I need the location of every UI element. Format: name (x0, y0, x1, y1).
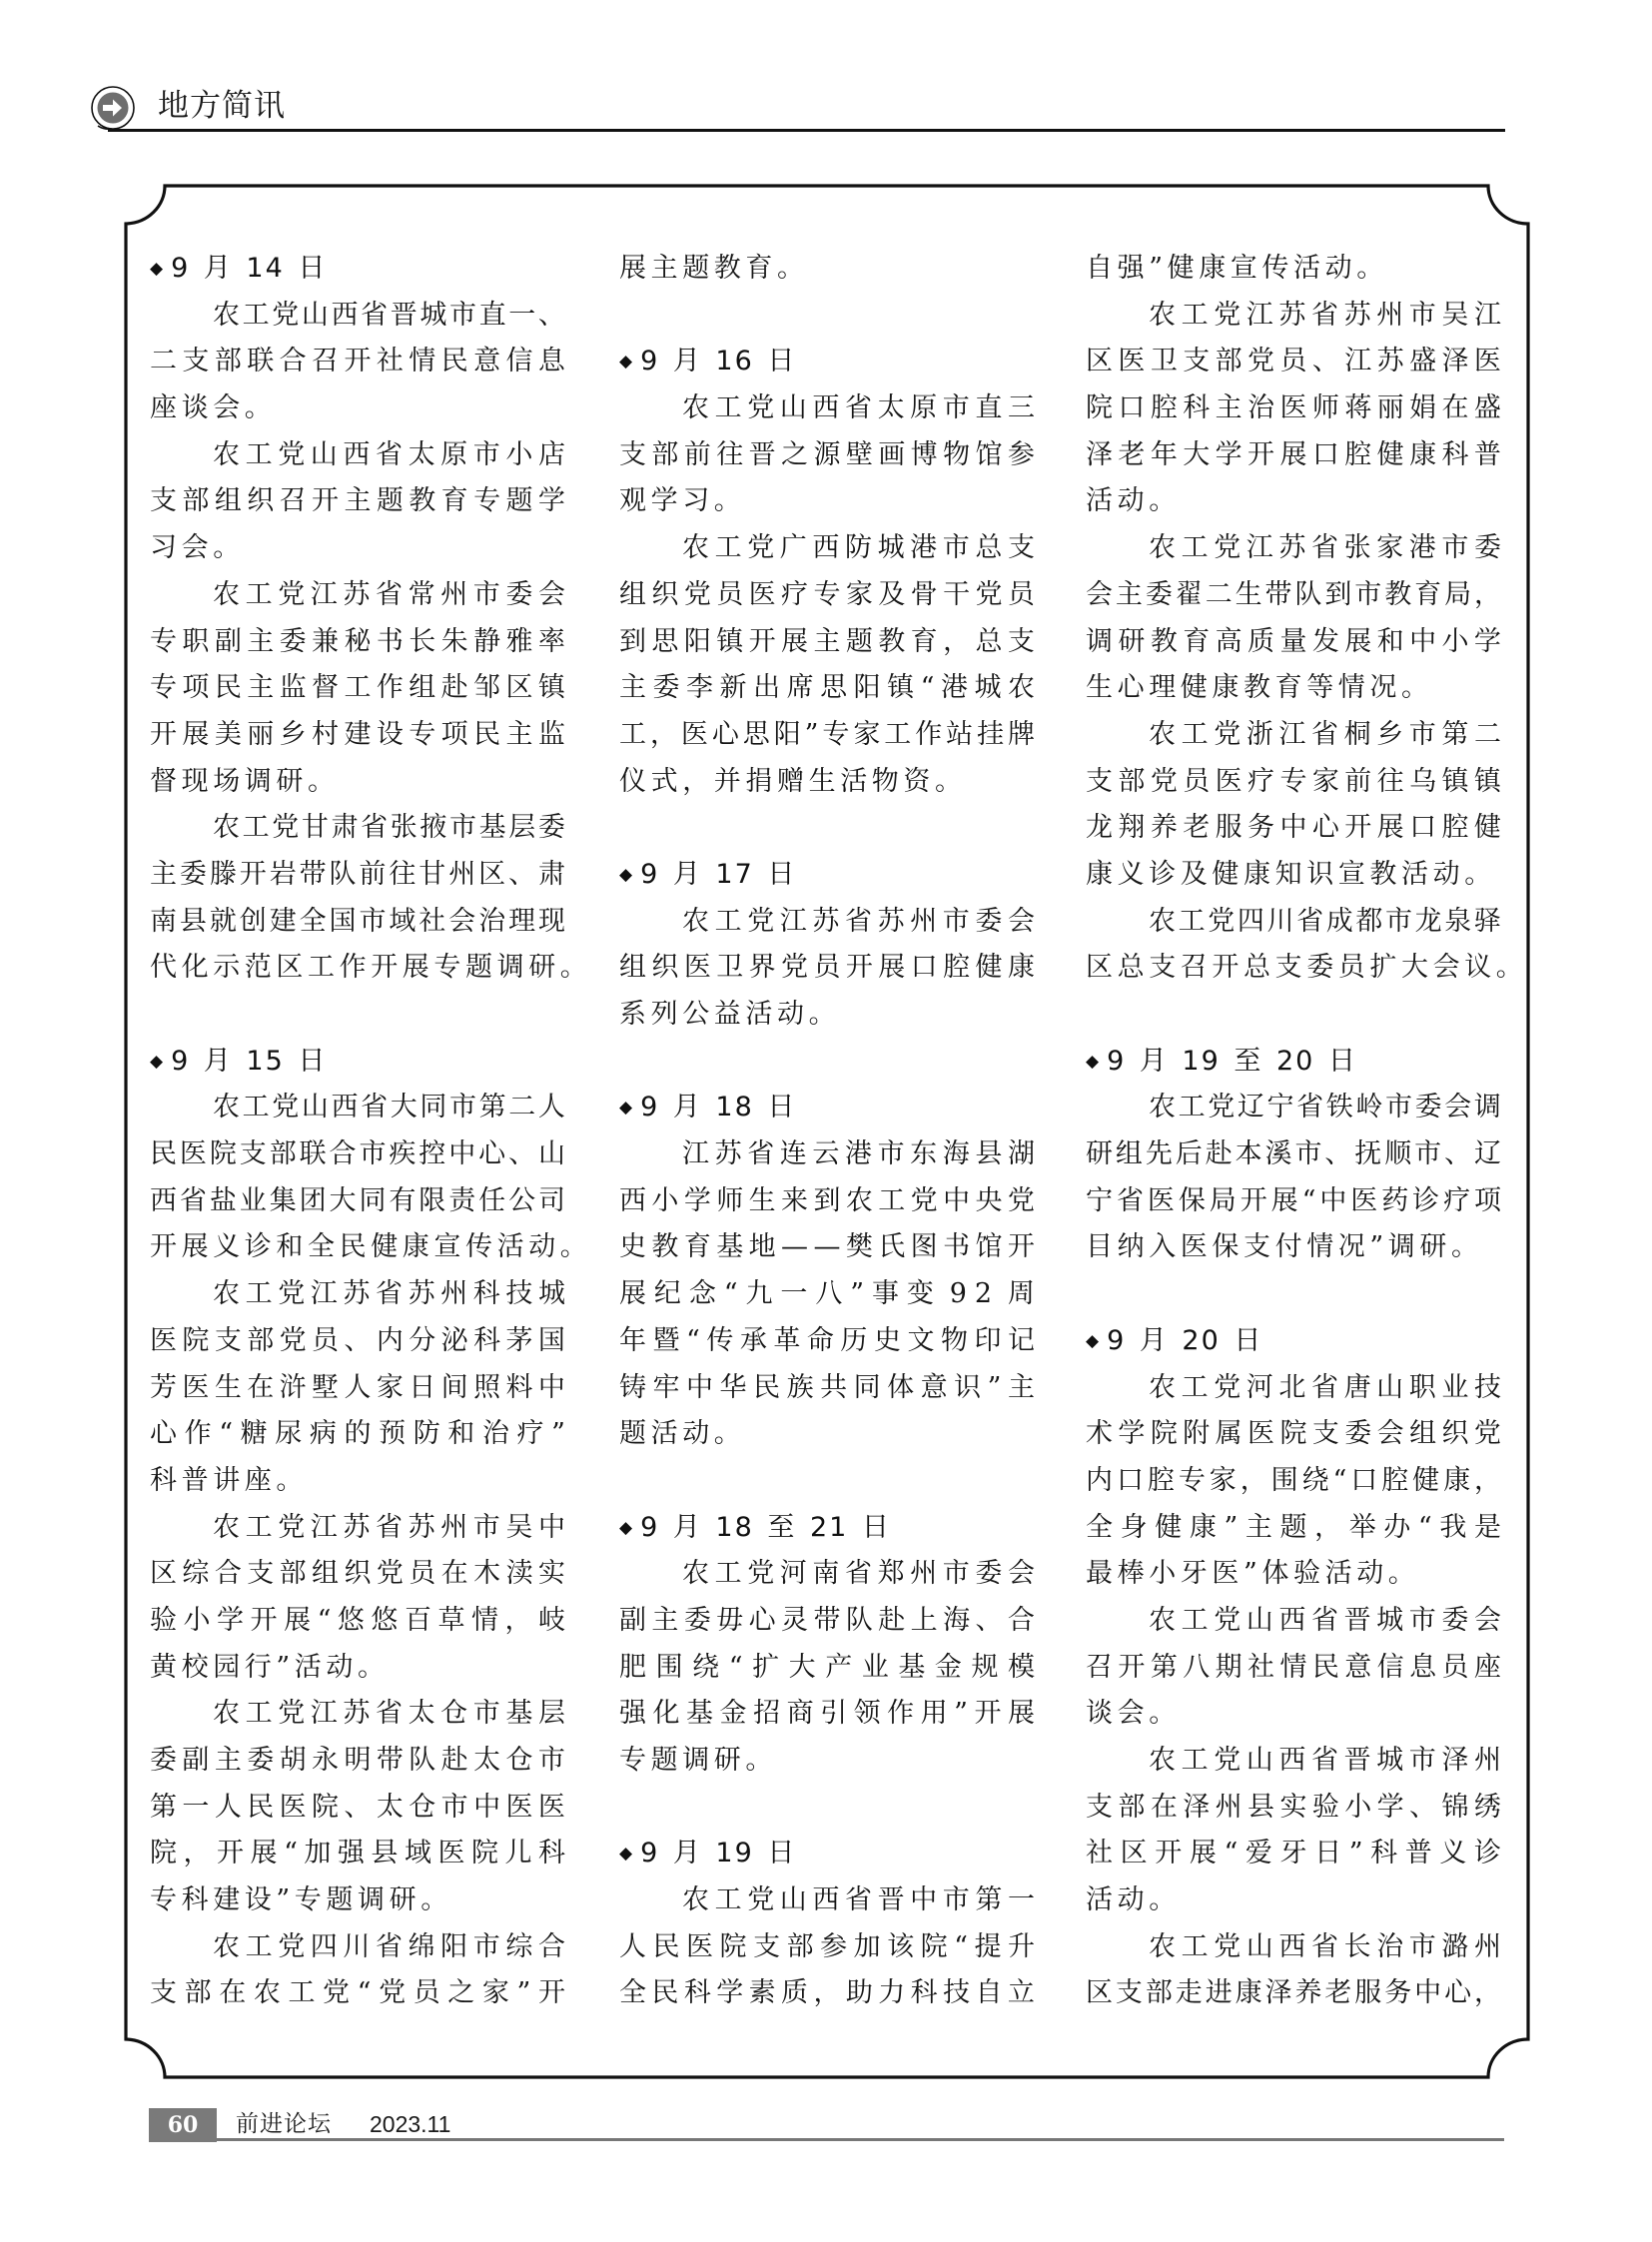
date-heading: ◆9 月 19 至 20 日 (1086, 1039, 1501, 1086)
diamond-bullet-icon: ◆ (619, 1098, 632, 1118)
text-line: 习会。 (150, 525, 565, 572)
text-line: 南县就创建全国市域社会治理现 (150, 899, 565, 946)
text-line: 农工党山西省晋城市委会 (1086, 1598, 1501, 1645)
diamond-bullet-icon: ◆ (619, 1518, 632, 1538)
text-line: 史教育基地——樊氏图书馆开 (619, 1224, 1035, 1271)
text-line: 宁省医保局开展“中医药诊疗项 (1086, 1178, 1501, 1225)
date-heading: ◆9 月 18 至 21 日 (619, 1505, 1035, 1552)
text-line: 农工党江苏省张家港市委 (1086, 525, 1501, 572)
text-line: 专题调研。 (619, 1738, 1035, 1785)
text-line: 民医院支部联合市疾控中心、山 (150, 1131, 565, 1178)
text-line: 区总支召开总支委员扩大会议。 (1086, 945, 1501, 992)
diamond-bullet-icon: ◆ (1086, 1052, 1099, 1072)
news-item: 江苏省连云港市东海县湖西小学师生来到农工党中央党史教育基地——樊氏图书馆开展纪念… (619, 1131, 1035, 1458)
text-line: 二支部联合召开社情民意信息 (150, 339, 565, 385)
news-item: 农工党江苏省苏州市吴江区医卫支部党员、江苏盛泽医院口腔科主治医师蒋丽娟在盛泽老年… (1086, 293, 1501, 525)
date-label: 9 月 16 日 (640, 346, 796, 376)
text-line: 肥围绕“扩大产业基金规模 (619, 1645, 1035, 1692)
text-line: 活动。 (1086, 478, 1501, 525)
diamond-bullet-icon: ◆ (1086, 1331, 1099, 1351)
section-title: 地方简讯 (158, 88, 286, 124)
magazine-name: 前进论坛 (236, 2109, 332, 2139)
section-spacer (619, 293, 1035, 340)
text-line: 仪式，并捐赠生活物资。 (619, 759, 1035, 806)
text-line: 专科建设”专题调研。 (150, 1877, 565, 1924)
text-line: 到思阳镇开展主题教育，总支 (619, 619, 1035, 666)
text-line: 内口腔专家，围绕“口腔健康， (1086, 1458, 1501, 1505)
news-item: 农工党广西防城港市总支组织党员医疗专家及骨干党员到思阳镇开展主题教育，总支主委李… (619, 525, 1035, 805)
footer-divider (217, 2138, 1504, 2141)
text-line: 农工党浙江省桐乡市第二 (1086, 712, 1501, 759)
date-heading: ◆9 月 18 日 (619, 1085, 1035, 1131)
news-item: 农工党山西省晋城市委会召开第八期社情民意信息员座谈会。 (1086, 1598, 1501, 1738)
text-line: 主委滕开岩带队前往甘州区、肃 (150, 852, 565, 899)
page-header: 地方简讯 (0, 0, 1652, 140)
text-line: 验小学开展“悠悠百草情，岐 (150, 1598, 565, 1645)
page-number: 60 (149, 2108, 217, 2142)
diamond-bullet-icon: ◆ (619, 865, 632, 885)
text-line: 农工党四川省成都市龙泉驿 (1086, 899, 1501, 946)
news-item: 农工党江苏省常州市委会专职副主委兼秘书长朱静雅率专项民主监督工作组赴邹区镇开展美… (150, 572, 565, 805)
section-spacer (619, 1039, 1035, 1086)
diamond-bullet-icon: ◆ (150, 259, 163, 279)
section-spacer (619, 1458, 1035, 1505)
text-line: 农工党江苏省常州市委会 (150, 572, 565, 619)
text-line: 督现场调研。 (150, 759, 565, 806)
news-item: 展主题教育。 (619, 246, 1035, 293)
text-line: 调研教育高质量发展和中小学 (1086, 619, 1501, 666)
news-item: 农工党河南省郑州市委会副主委毋心灵带队赴上海、合肥围绕“扩大产业基金规模强化基金… (619, 1551, 1035, 1784)
date-label: 9 月 19 至 20 日 (1107, 1046, 1357, 1077)
news-item: 农工党四川省成都市龙泉驿区总支召开总支委员扩大会议。 (1086, 899, 1501, 992)
text-line: 活动。 (1086, 1877, 1501, 1924)
date-heading: ◆9 月 17 日 (619, 852, 1035, 899)
section-spacer (619, 1785, 1035, 1832)
text-line: 系列公益活动。 (619, 992, 1035, 1039)
text-line: 召开第八期社情民意信息员座 (1086, 1645, 1501, 1692)
text-line: 龙翔养老服务中心开展口腔健 (1086, 805, 1501, 852)
news-item: 农工党辽宁省铁岭市委会调研组先后赴本溪市、抚顺市、辽宁省医保局开展“中医药诊疗项… (1086, 1085, 1501, 1271)
news-item: 农工党山西省晋中市第一人民医院支部参加该院“提升全民科学素质，助力科技自立 (619, 1877, 1035, 2017)
text-line: 支部在农工党“党员之家”开 (150, 1970, 565, 2017)
news-item: 农工党山西省太原市小店支部组织召开主题教育专题学习会。 (150, 432, 565, 572)
text-line: 西小学师生来到农工党中央党 (619, 1178, 1035, 1225)
text-line: 农工党甘肃省张掖市基层委 (150, 805, 565, 852)
column-3: 自强”健康宣传活动。农工党江苏省苏州市吴江区医卫支部党员、江苏盛泽医院口腔科主治… (1086, 246, 1501, 2017)
news-item: 农工党甘肃省张掖市基层委主委滕开岩带队前往甘州区、肃南县就创建全国市域社会治理现… (150, 805, 565, 992)
text-line: 农工党山西省长治市潞州 (1086, 1924, 1501, 1971)
text-line: 支部党员医疗专家前往乌镇镇 (1086, 759, 1501, 806)
text-line: 农工党河北省唐山职业技 (1086, 1365, 1501, 1412)
column-1: ◆9 月 14 日农工党山西省晋城市直一、二支部联合召开社情民意信息座谈会。农工… (150, 246, 565, 2017)
text-line: 主委李新出席思阳镇“港城农 (619, 665, 1035, 712)
section-spacer (1086, 992, 1501, 1039)
text-line: 年暨“传承革命历史文物印记 (619, 1318, 1035, 1365)
text-line: 院口腔科主治医师蒋丽娟在盛 (1086, 385, 1501, 432)
text-line: 全民科学素质，助力科技自立 (619, 1970, 1035, 2017)
news-item: 农工党山西省晋城市泽州支部在泽州县实验小学、锦绣社区开展“爱牙日”科普义诊活动。 (1086, 1738, 1501, 1924)
section-spacer (1086, 1271, 1501, 1318)
text-line: 西省盐业集团大同有限责任公司 (150, 1178, 565, 1225)
text-line: 农工党江苏省太仓市基层 (150, 1691, 565, 1738)
text-line: 芳医生在浒墅人家日间照料中 (150, 1365, 565, 1412)
text-line: 代化示范区工作开展专题调研。 (150, 945, 565, 992)
text-line: 江苏省连云港市东海县湖 (619, 1131, 1035, 1178)
text-line: 生心理健康教育等情况。 (1086, 665, 1501, 712)
text-line: 农工党江苏省苏州科技城 (150, 1271, 565, 1318)
date-heading: ◆9 月 15 日 (150, 1039, 565, 1086)
date-heading: ◆9 月 20 日 (1086, 1318, 1501, 1365)
text-line: 研组先后赴本溪市、抚顺市、辽 (1086, 1131, 1501, 1178)
text-line: 开展美丽乡村建设专项民主监 (150, 712, 565, 759)
header-divider (108, 129, 1505, 132)
text-line: 康义诊及健康知识宣教活动。 (1086, 852, 1501, 899)
news-item: 农工党江苏省苏州市委会组织医卫界党员开展口腔健康系列公益活动。 (619, 899, 1035, 1039)
text-line: 最棒小牙医”体验活动。 (1086, 1551, 1501, 1598)
text-line: 医院支部党员、内分泌科茅国 (150, 1318, 565, 1365)
column-2: 展主题教育。◆9 月 16 日农工党山西省太原市直三支部前往晋之源壁画博物馆参观… (619, 246, 1035, 2017)
text-line: 农工党河南省郑州市委会 (619, 1551, 1035, 1598)
text-line: 区综合支部组织党员在木渎实 (150, 1551, 565, 1598)
text-line: 农工党山西省晋城市直一、 (150, 293, 565, 340)
arrow-right-circle-icon (90, 85, 136, 131)
text-line: 院，开展“加强县域医院儿科 (150, 1831, 565, 1877)
text-line: 专项民主监督工作组赴邹区镇 (150, 665, 565, 712)
text-line: 强化基金招商引领作用”开展 (619, 1691, 1035, 1738)
text-line: 会主委翟二生带队到市教育局， (1086, 572, 1501, 619)
news-item: 农工党江苏省苏州科技城医院支部党员、内分泌科茅国芳医生在浒墅人家日间照料中心作“… (150, 1271, 565, 1504)
text-line: 组织党员医疗专家及骨干党员 (619, 572, 1035, 619)
text-line: 座谈会。 (150, 385, 565, 432)
news-item: 农工党四川省绵阳市综合支部在农工党“党员之家”开 (150, 1924, 565, 2017)
text-line: 组织医卫界党员开展口腔健康 (619, 945, 1035, 992)
text-line: 支部前往晋之源壁画博物馆参 (619, 432, 1035, 479)
text-line: 农工党江苏省苏州市委会 (619, 899, 1035, 946)
text-line: 心作“糖尿病的预防和治疗” (150, 1411, 565, 1458)
text-line: 目纳入医保支付情况”调研。 (1086, 1224, 1501, 1271)
section-spacer (619, 805, 1035, 852)
news-item: 农工党河北省唐山职业技术学院附属医院支委会组织党内口腔专家，围绕“口腔健康，全身… (1086, 1365, 1501, 1598)
date-label: 9 月 20 日 (1107, 1325, 1262, 1356)
text-line: 社区开展“爱牙日”科普义诊 (1086, 1831, 1501, 1877)
news-item: 农工党浙江省桐乡市第二支部党员医疗专家前往乌镇镇龙翔养老服务中心开展口腔健康义诊… (1086, 712, 1501, 899)
date-label: 9 月 17 日 (640, 859, 796, 890)
text-line: 区医卫支部党员、江苏盛泽医 (1086, 339, 1501, 385)
text-line: 支部组织召开主题教育专题学 (150, 478, 565, 525)
text-line: 农工党四川省绵阳市综合 (150, 1924, 565, 1971)
text-line: 农工党辽宁省铁岭市委会调 (1086, 1085, 1501, 1131)
text-line: 专职副主委兼秘书长朱静雅率 (150, 619, 565, 666)
diamond-bullet-icon: ◆ (619, 1844, 632, 1864)
news-item: 农工党山西省长治市潞州区支部走进康泽养老服务中心， (1086, 1924, 1501, 2017)
date-heading: ◆9 月 16 日 (619, 339, 1035, 385)
text-line: 区支部走进康泽养老服务中心， (1086, 1970, 1501, 2017)
issue-date: 2023.11 (370, 2109, 450, 2139)
text-line: 农工党山西省晋城市泽州 (1086, 1738, 1501, 1785)
text-line: 农工党山西省晋中市第一 (619, 1877, 1035, 1924)
news-item: 农工党山西省晋城市直一、二支部联合召开社情民意信息座谈会。 (150, 293, 565, 432)
news-item: 农工党江苏省苏州市吴中区综合支部组织党员在木渎实验小学开展“悠悠百草情，岐黄校园… (150, 1505, 565, 1692)
text-line: 农工党山西省大同市第二人 (150, 1085, 565, 1131)
text-line: 全身健康”主题，举办“我是 (1086, 1505, 1501, 1552)
text-line: 农工党山西省太原市直三 (619, 385, 1035, 432)
text-line: 农工党江苏省苏州市吴江 (1086, 293, 1501, 340)
text-line: 副主委毋心灵带队赴上海、合 (619, 1598, 1035, 1645)
date-label: 9 月 19 日 (640, 1838, 796, 1868)
text-line: 农工党江苏省苏州市吴中 (150, 1505, 565, 1552)
text-line: 第一人民医院、太仓市中医医 (150, 1785, 565, 1832)
text-line: 术学院附属医院支委会组织党 (1086, 1411, 1501, 1458)
date-label: 9 月 15 日 (171, 1046, 327, 1077)
date-label: 9 月 14 日 (171, 253, 327, 284)
text-line: 科普讲座。 (150, 1458, 565, 1505)
diamond-bullet-icon: ◆ (150, 1052, 163, 1072)
news-item: 农工党江苏省太仓市基层委副主委胡永明带队赴太仓市第一人民医院、太仓市中医医院，开… (150, 1691, 565, 1923)
news-item: 农工党山西省太原市直三支部前往晋之源壁画博物馆参观学习。 (619, 385, 1035, 525)
news-item: 农工党江苏省张家港市委会主委翟二生带队到市教育局，调研教育高质量发展和中小学生心… (1086, 525, 1501, 712)
text-line: 支部在泽州县实验小学、锦绣 (1086, 1785, 1501, 1832)
text-line: 工，医心思阳”专家工作站挂牌 (619, 712, 1035, 759)
text-line: 农工党山西省太原市小店 (150, 432, 565, 479)
text-line: 谈会。 (1086, 1691, 1501, 1738)
news-item: 农工党山西省大同市第二人民医院支部联合市疾控中心、山西省盐业集团大同有限责任公司… (150, 1085, 565, 1271)
news-item: 自强”健康宣传活动。 (1086, 246, 1501, 293)
text-line: 农工党广西防城港市总支 (619, 525, 1035, 572)
text-line: 题活动。 (619, 1411, 1035, 1458)
text-line: 人民医院支部参加该院“提升 (619, 1924, 1035, 1971)
date-heading: ◆9 月 14 日 (150, 246, 565, 293)
section-spacer (150, 992, 565, 1039)
text-line: 开展义诊和全民健康宣传活动。 (150, 1224, 565, 1271)
text-line: 黄校园行”活动。 (150, 1645, 565, 1692)
text-line: 泽老年大学开展口腔健康科普 (1086, 432, 1501, 479)
diamond-bullet-icon: ◆ (619, 352, 632, 372)
text-line: 展主题教育。 (619, 246, 1035, 293)
text-line: 委副主委胡永明带队赴太仓市 (150, 1738, 565, 1785)
date-heading: ◆9 月 19 日 (619, 1831, 1035, 1877)
text-line: 观学习。 (619, 478, 1035, 525)
text-line: 自强”健康宣传活动。 (1086, 246, 1501, 293)
date-label: 9 月 18 至 21 日 (640, 1512, 891, 1543)
date-label: 9 月 18 日 (640, 1092, 796, 1122)
text-line: 展纪念“九一八”事变 92 周 (619, 1271, 1035, 1318)
text-line: 铸牢中华民族共同体意识”主 (619, 1365, 1035, 1412)
